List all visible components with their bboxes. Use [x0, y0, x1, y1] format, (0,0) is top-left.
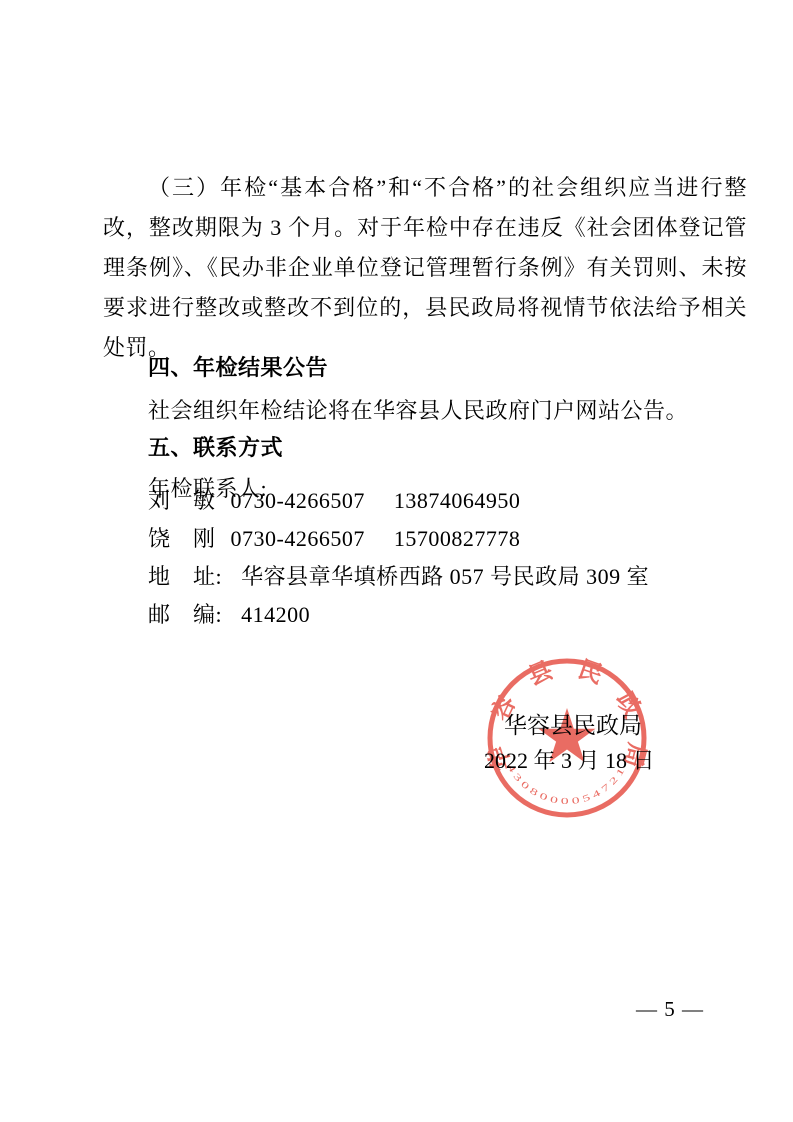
contact-office-phone: 0730-4266507: [231, 488, 365, 513]
heading-section-4: 四、年检结果公告: [103, 355, 792, 381]
postcode-row: 邮 编: 414200: [103, 602, 792, 628]
paragraph-section-3: （三）年检“基本合格”和“不合格”的社会组织应当进行整改，整改期限为 3 个月。…: [103, 168, 747, 368]
paragraph-section-4: 社会组织年检结论将在华容县人民政府门户网站公告。: [103, 398, 792, 424]
postcode-value: 414200: [241, 602, 310, 627]
address-value: 华容县章华填桥西路 057 号民政局 309 室: [241, 564, 649, 589]
contact-mobile-phone: 13874064950: [394, 488, 521, 513]
page-number: — 5 —: [636, 997, 704, 1022]
contact-office-phone: 0730-4266507: [231, 526, 365, 551]
contact-row-2: 饶 刚 0730-4266507 15700827778: [103, 526, 792, 552]
seal-star-icon: [539, 708, 596, 762]
address-row: 地 址: 华容县章华填桥西路 057 号民政局 309 室: [103, 564, 792, 590]
contact-mobile-phone: 15700827778: [394, 526, 521, 551]
document-page: （三）年检“基本合格”和“不合格”的社会组织应当进行整改，整改期限为 3 个月。…: [0, 0, 793, 1122]
address-label: 地 址:: [148, 564, 222, 589]
heading-section-5: 五、联系方式: [103, 435, 792, 461]
official-seal: 华容县民政局 4308000054721: [467, 638, 667, 838]
contact-name: 刘 敏: [148, 488, 216, 513]
contact-name: 饶 刚: [148, 526, 216, 551]
postcode-label: 邮 编:: [148, 602, 222, 627]
contact-row-1: 刘 敏 0730-4266507 13874064950: [103, 488, 792, 514]
